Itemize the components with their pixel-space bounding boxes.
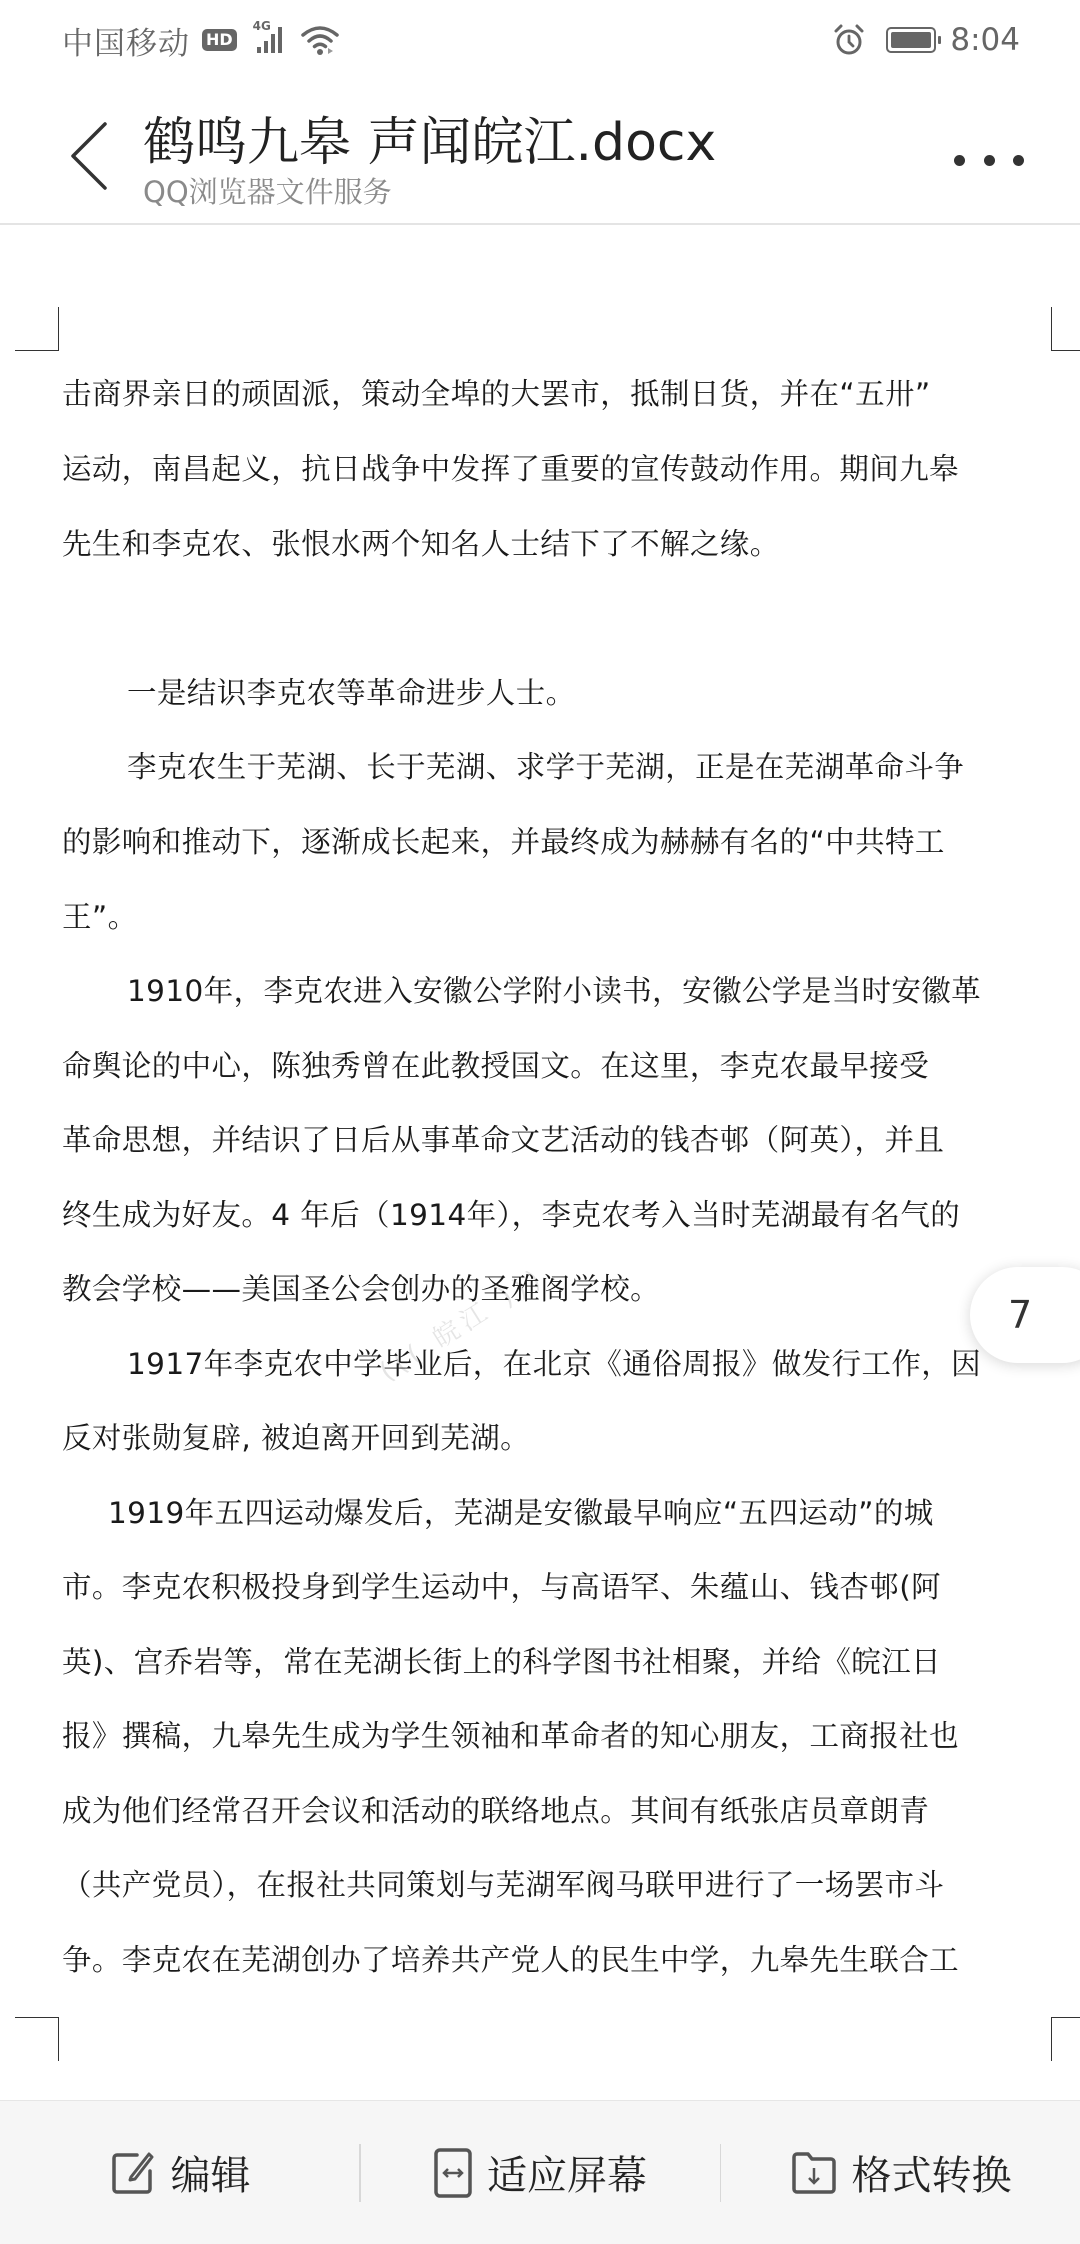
text-line: 运动，南昌起义，抗日战争中发挥了重要的宣传鼓动作用。期间九皋: [62, 446, 959, 488]
more-horizontal-icon: [1013, 155, 1024, 166]
document-viewer[interactable]: ((( 皖江 ))) 击商界亲日的顽固派，策动全埠的大罢市，抵制日货，并在“五卅…: [0, 227, 1080, 2101]
text-line: 争。李克农在芜湖创办了培养共产党人的民生中学，九皋先生联合工: [62, 1937, 959, 1979]
carrier-name: 中国移动: [62, 18, 190, 63]
edit-button[interactable]: 编辑: [0, 2101, 359, 2244]
clock-time: 8:04: [950, 22, 1020, 58]
signal-bar: [271, 34, 275, 53]
document-source: QQ浏览器文件服务: [143, 170, 392, 211]
edit-label: 编辑: [171, 2144, 251, 2201]
text-line: （共产党员），在报社共同策划与芜湖军阀马联甲进行了一场罢市斗: [62, 1862, 944, 1904]
format-convert-label: 格式转换: [852, 2144, 1012, 2201]
signal-bar: [278, 27, 282, 53]
text-line: 英)、宫乔岩等，常在芜湖长街上的科学图书社相聚，并给《皖江日: [62, 1639, 941, 1681]
text-line: 王”。: [62, 894, 137, 936]
text-line: 终生成为好友。4 年后（1914年），李克农考入当时芜湖最有名气的: [62, 1192, 960, 1234]
text-line: 教会学校——美国圣公会创办的圣雅阁学校。: [62, 1266, 660, 1308]
text-line: 报》撰稿，九皋先生成为学生领袖和革命者的知心朋友，工商报社也: [62, 1713, 959, 1755]
signal-bar: [264, 41, 268, 53]
fit-screen-label: 适应屏幕: [487, 2144, 647, 2201]
battery-level: [891, 32, 931, 48]
wifi-icon: [300, 24, 340, 56]
signal-icon: 4G: [257, 27, 282, 53]
fit-screen-icon: [433, 2147, 473, 2199]
status-right: 8:04: [832, 22, 1020, 58]
page-corner-mark: [15, 2017, 59, 2061]
more-horizontal-icon: [984, 155, 995, 166]
text-line: 反对张勋复辟, 被迫离开回到芜湖。: [62, 1415, 530, 1457]
page-corner-mark: [1051, 307, 1080, 351]
document-title: 鹤鸣九皋 声闻皖江.docx: [143, 100, 716, 175]
bottom-toolbar: 编辑 适应屏幕 格式转换: [0, 2100, 1080, 2244]
network-type: 4G: [253, 19, 271, 33]
chevron-left-icon: [67, 120, 113, 192]
more-horizontal-icon: [954, 155, 965, 166]
text-line: 1910年，李克农进入安徽公学附小读书，安徽公学是当时安徽革: [127, 968, 981, 1010]
alarm-icon: [832, 23, 866, 57]
page-number: 7: [1008, 1293, 1032, 1337]
text-line: 市。李克农积极投身到学生运动中，与高语罕、朱蕴山、钱杏邨(阿: [62, 1564, 941, 1606]
status-bar: 中国移动 HD 4G 8:04: [0, 0, 1080, 80]
text-line: 革命思想，并结识了日后从事革命文艺活动的钱杏邨（阿英），并且: [62, 1117, 944, 1159]
signal-bar: [257, 47, 261, 53]
text-line: 1917年李克农中学毕业后，在北京《通俗周报》做发行工作，因: [127, 1341, 981, 1383]
folder-download-icon: [790, 2150, 838, 2196]
format-convert-button[interactable]: 格式转换: [721, 2101, 1080, 2244]
text-line: 李克农生于芜湖、长于芜湖、求学于芜湖，正是在芜湖革命斗争: [127, 744, 964, 786]
text-line: 一是结识李克农等革命进步人士。: [127, 670, 576, 712]
battery-icon: [886, 27, 936, 53]
back-button[interactable]: [60, 116, 120, 196]
page-corner-mark: [1051, 2017, 1080, 2061]
status-left: 中国移动 HD 4G: [62, 18, 340, 63]
fit-screen-button[interactable]: 适应屏幕: [361, 2101, 720, 2244]
text-line: 成为他们经常召开会议和活动的联络地点。其间有纸张店员章朗青: [62, 1788, 929, 1830]
hd-icon: HD: [202, 29, 237, 51]
page-number-indicator[interactable]: 7: [970, 1267, 1080, 1363]
text-line: 先生和李克农、张恨水两个知名人士结下了不解之缘。: [62, 521, 780, 563]
text-line: 命舆论的中心，陈独秀曾在此教授国文。在这里，李克农最早接受: [62, 1043, 929, 1085]
edit-icon: [109, 2149, 157, 2197]
page-corner-mark: [15, 307, 59, 351]
text-line: 的影响和推动下，逐渐成长起来，并最终成为赫赫有名的“中共特工: [62, 819, 945, 861]
app-header: 鹤鸣九皋 声闻皖江.docx QQ浏览器文件服务: [0, 80, 1080, 225]
more-options-button[interactable]: [954, 140, 1024, 180]
text-line: 击商界亲日的顽固派，策动全埠的大罢市，抵制日货，并在“五卅”: [62, 371, 931, 413]
text-line: 1919年五四运动爆发后，芜湖是安徽最早响应“五四运动”的城: [108, 1490, 934, 1532]
